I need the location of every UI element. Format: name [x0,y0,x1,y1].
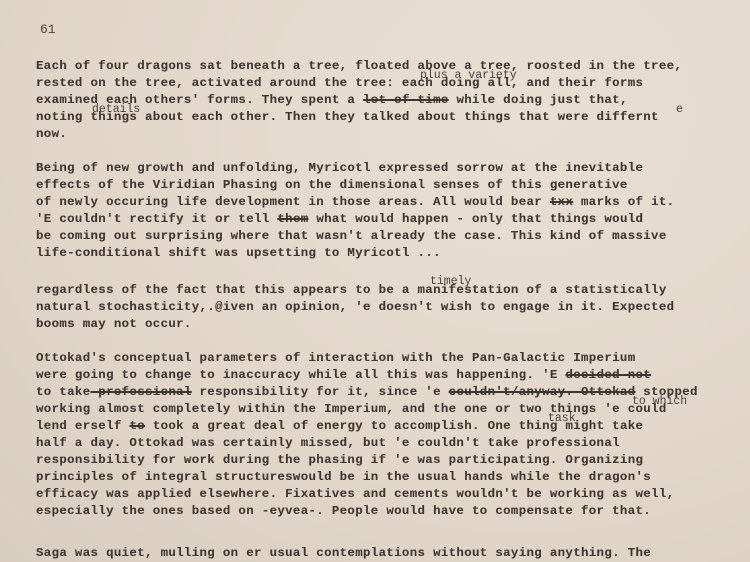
struck-text: decided not [565,368,651,382]
line-rest: marks of it. [573,195,674,209]
line-rest: while doing just that, [449,93,628,107]
text-line: half a day. Ottokad was certainly missed… [36,435,620,452]
text-line: 'E couldn't rectify it or tell them what… [36,211,643,228]
page-number: 61 [40,22,56,37]
struck-text: -professional [91,385,192,399]
text-line: effects of the Viridian Phasing on the d… [36,177,628,194]
handwritten-insertion: e [676,104,683,116]
text-line: now. [36,126,67,143]
text-line: regardless of the fact that this appears… [36,282,667,299]
line-mid: responsibility for it, since 'e [192,385,449,399]
line-start: lend erself [36,419,122,433]
typewritten-page: 61 Each of four dragons sat beneath a tr… [0,0,750,562]
struck-text: couldn't/anyway. Ottokad [449,385,636,399]
text-line: of newly occuring life development in th… [36,194,674,211]
line-rest: what would happen - only that things wou… [309,212,644,226]
text-line: Saga was quiet, mulling on er usual cont… [36,545,651,562]
text-line: rested on the tree, activated around the… [36,75,643,92]
text-line: principles of integral structureswould b… [36,469,651,486]
text-line: efficacy was applied elsewhere. Fixative… [36,486,674,503]
line-start: examined each others' forms. They spent … [36,93,355,107]
line-start: of newly occuring life development in th… [36,195,542,209]
text-line: were going to change to inaccuracy while… [36,367,651,384]
struck-text: txx [550,195,573,209]
text-line: life-conditional shift was upsetting to … [36,245,441,262]
line-start: were going to change to inaccuracy while… [36,368,558,382]
text-line: natural stochasticity,.@iven an opinion,… [36,299,674,316]
text-line: noting things about each other. Then the… [36,109,659,126]
text-line: to take-professional responsibility for … [36,384,698,401]
struck-text: to [129,419,145,433]
struck-text: lot of time [363,93,449,107]
line-start: to take [36,385,91,399]
text-line: be coming out surprising where that wasn… [36,228,667,245]
text-line: Ottokad's conceptual parameters of inter… [36,350,636,367]
text-line: responsibility for work during the phasi… [36,452,643,469]
text-line: Being of new growth and unfolding, Myric… [36,160,643,177]
text-line: Each of four dragons sat beneath a tree,… [36,58,682,75]
line-rest: took a great deal of energy to accomplis… [145,419,643,433]
text-line: especially the ones based on -eyvea-. Pe… [36,503,651,520]
struck-text: them [277,212,308,226]
text-line: lend erself to took a great deal of ener… [36,418,643,435]
line-start: 'E couldn't rectify it or tell [36,212,270,226]
text-line: booms may not occur. [36,316,192,333]
